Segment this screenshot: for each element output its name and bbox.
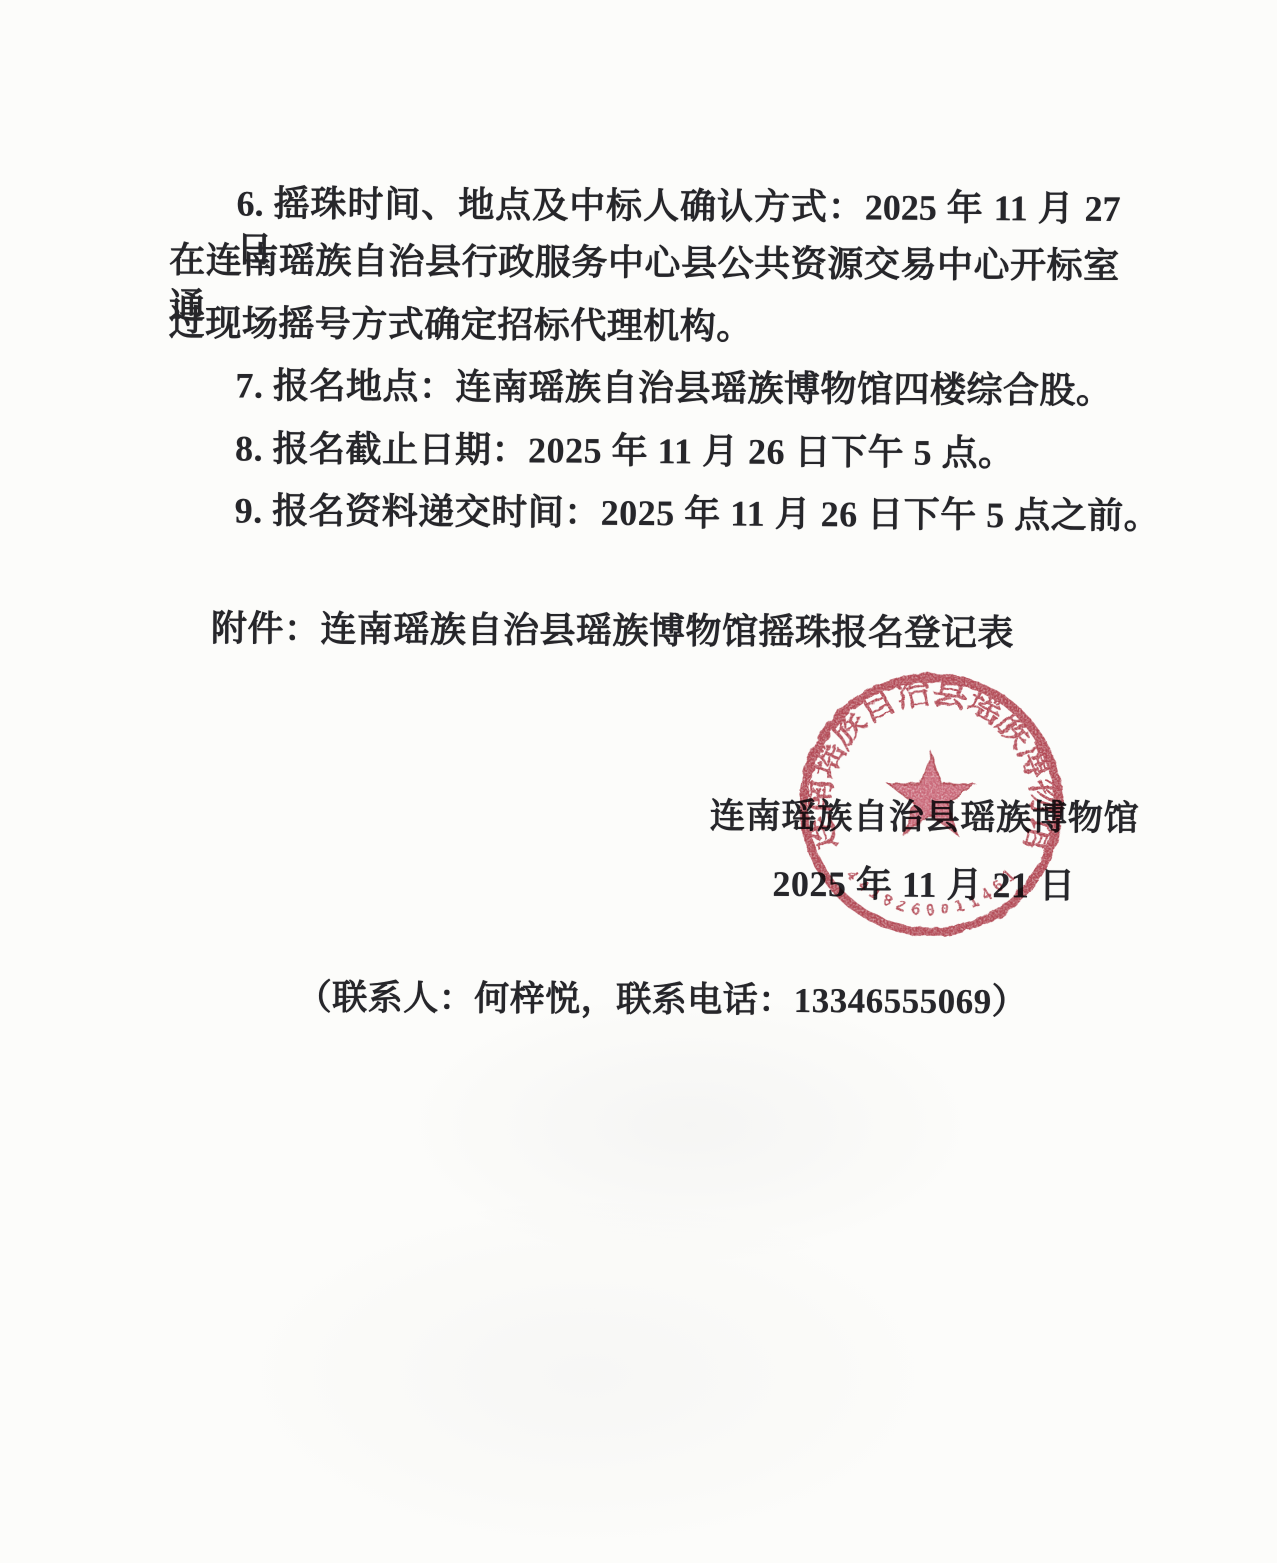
contact-info: （联系人：何梓悦，联系电话：13346555069） xyxy=(297,975,1028,1025)
clause-8: 8. 报名截止日期：2025 年 11 月 26 日下午 5 点。 xyxy=(235,426,1015,477)
clause-6-line-3: 过现场摇号方式确定招标代理机构。 xyxy=(169,300,753,350)
official-seal-stamp: 连南瑶族自治县瑶族博物馆 4418260011461 xyxy=(792,666,1070,944)
clause-7: 7. 报名地点：连南瑶族自治县瑶族博物馆四楼综合股。 xyxy=(235,363,1112,414)
star-icon xyxy=(889,753,974,834)
document-content: 6. 摇珠时间、地点及中标人确认方式：2025 年 11 月 27 日 在连南瑶… xyxy=(0,0,1277,1563)
scanned-document-page: 6. 摇珠时间、地点及中标人确认方式：2025 年 11 月 27 日 在连南瑶… xyxy=(0,0,1277,1563)
attachment-line: 附件：连南瑶族自治县瑶族博物馆摇珠报名登记表 xyxy=(211,605,1014,656)
clause-9: 9. 报名资料递交时间：2025 年 11 月 26 日下午 5 点之前。 xyxy=(235,488,1161,540)
